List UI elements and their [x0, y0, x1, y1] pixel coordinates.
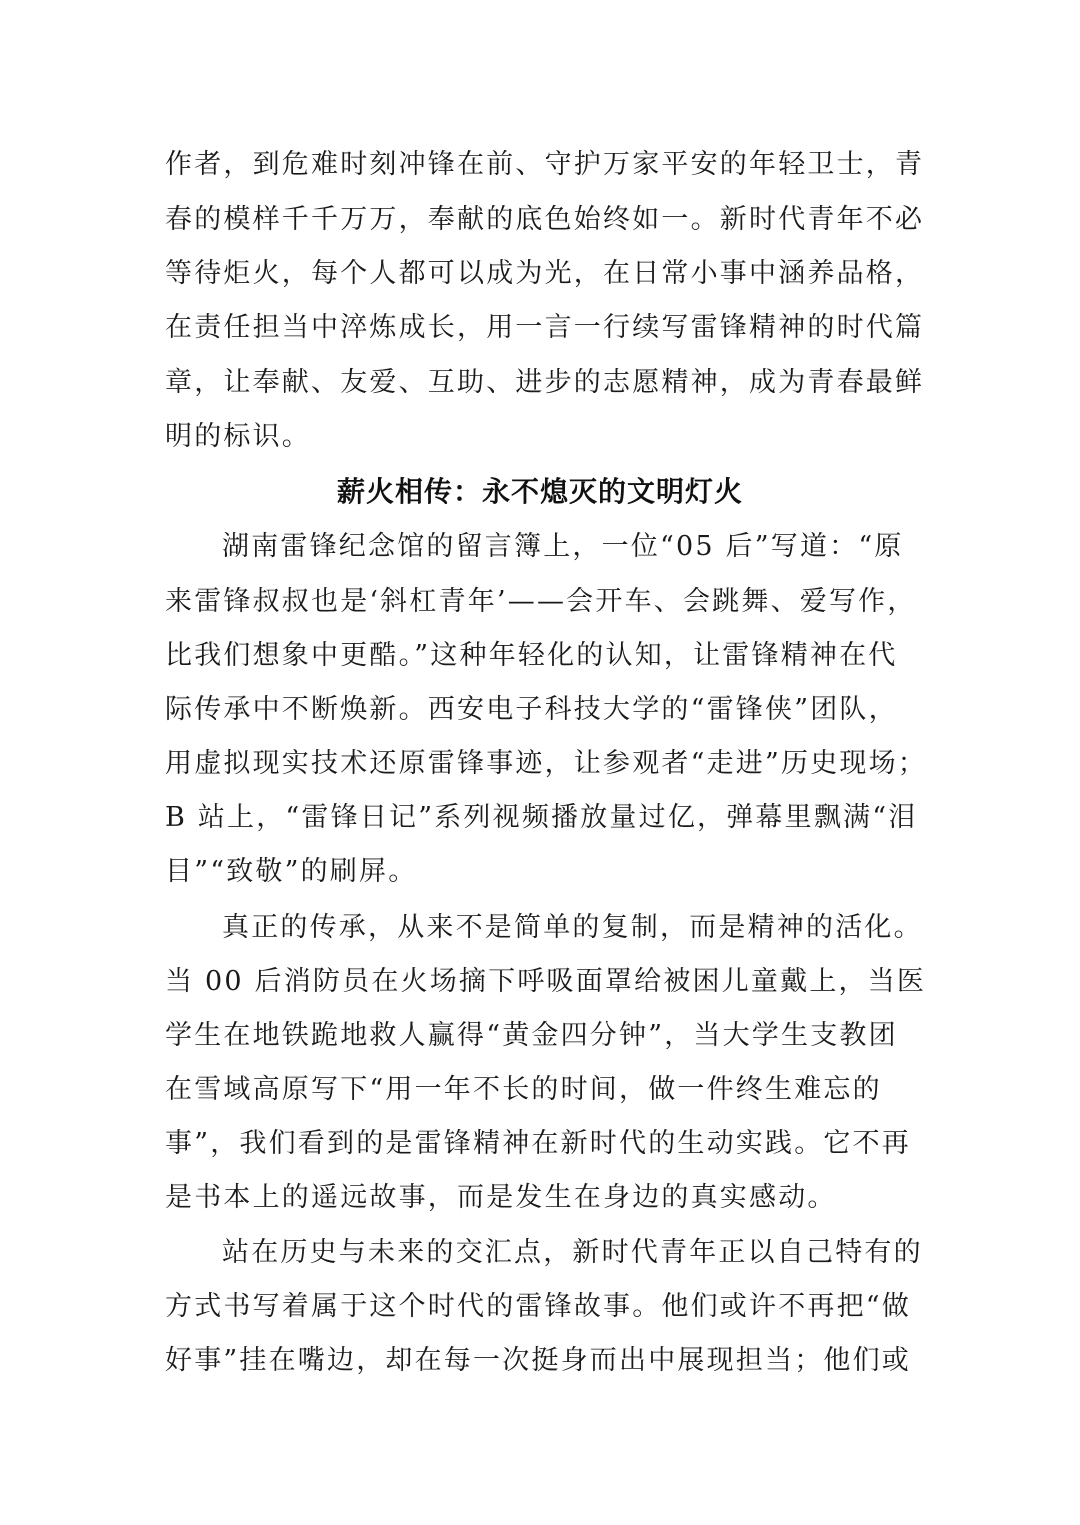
- text-line: 湖南雷锋纪念馆的留言簿上，一位“05 后”写道：“原: [222, 527, 925, 567]
- text-line: 在雪域高原写下“用一年不长的时间，做一件终生难忘的: [165, 1070, 925, 1110]
- text-line: 是书本上的遥远故事，而是发生在身边的真实感动。: [165, 1178, 925, 1218]
- text-line: 明的标识。: [165, 417, 925, 457]
- text-line: 真正的传承，从来不是简单的复制，而是精神的活化。: [222, 908, 925, 948]
- text-line: 章，让奉献、友爱、互助、进步的志愿精神，成为青春最鲜: [165, 363, 925, 403]
- text-line: 事”，我们看到的是雷锋精神在新时代的生动实践。它不再: [165, 1124, 925, 1164]
- text-line: 比我们想象中更酷。”这种年轻化的认知，让雷锋精神在代: [165, 636, 925, 676]
- text-line: 作者，到危难时刻冲锋在前、守护万家平安的年轻卫士，青: [165, 145, 925, 185]
- section-heading: 薪火相传：永不熄灭的文明灯火: [0, 472, 1080, 512]
- text-line: 际传承中不断焕新。西安电子科技大学的“雷锋侠”团队，: [165, 690, 925, 730]
- text-line: B 站上，“雷锋日记”系列视频播放量过亿，弹幕里飘满“泪: [165, 798, 925, 838]
- text-line: 当 00 后消防员在火场摘下呼吸面罩给被困儿童戴上，当医: [165, 962, 925, 1002]
- text-line: 在责任担当中淬炼成长，用一言一行续写雷锋精神的时代篇: [165, 308, 925, 348]
- text-line: 学生在地铁跪地救人赢得“黄金四分钟”，当大学生支教团: [165, 1016, 925, 1056]
- text-line: 目”“致敬”的刷屏。: [165, 852, 925, 892]
- text-line: 好事”挂在嘴边，却在每一次挺身而出中展现担当；他们或: [165, 1341, 925, 1381]
- text-line: 春的模样千千万万，奉献的底色始终如一。新时代青年不必: [165, 200, 925, 240]
- text-line: 方式书写着属于这个时代的雷锋故事。他们或许不再把“做: [165, 1287, 925, 1327]
- text-line: 等待炬火，每个人都可以成为光，在日常小事中涵养品格，: [165, 254, 925, 294]
- document-page: 作者，到危难时刻冲锋在前、守护万家平安的年轻卫士，青 春的模样千千万万，奉献的底…: [0, 0, 1080, 1525]
- text-line: 站在历史与未来的交汇点，新时代青年正以自己特有的: [222, 1233, 925, 1273]
- text-line: 用虚拟现实技术还原雷锋事迹，让参观者“走进”历史现场；: [165, 744, 925, 784]
- text-line: 来雷锋叔叔也是‘斜杠青年’——会开车、会跳舞、爱写作，: [165, 582, 925, 622]
